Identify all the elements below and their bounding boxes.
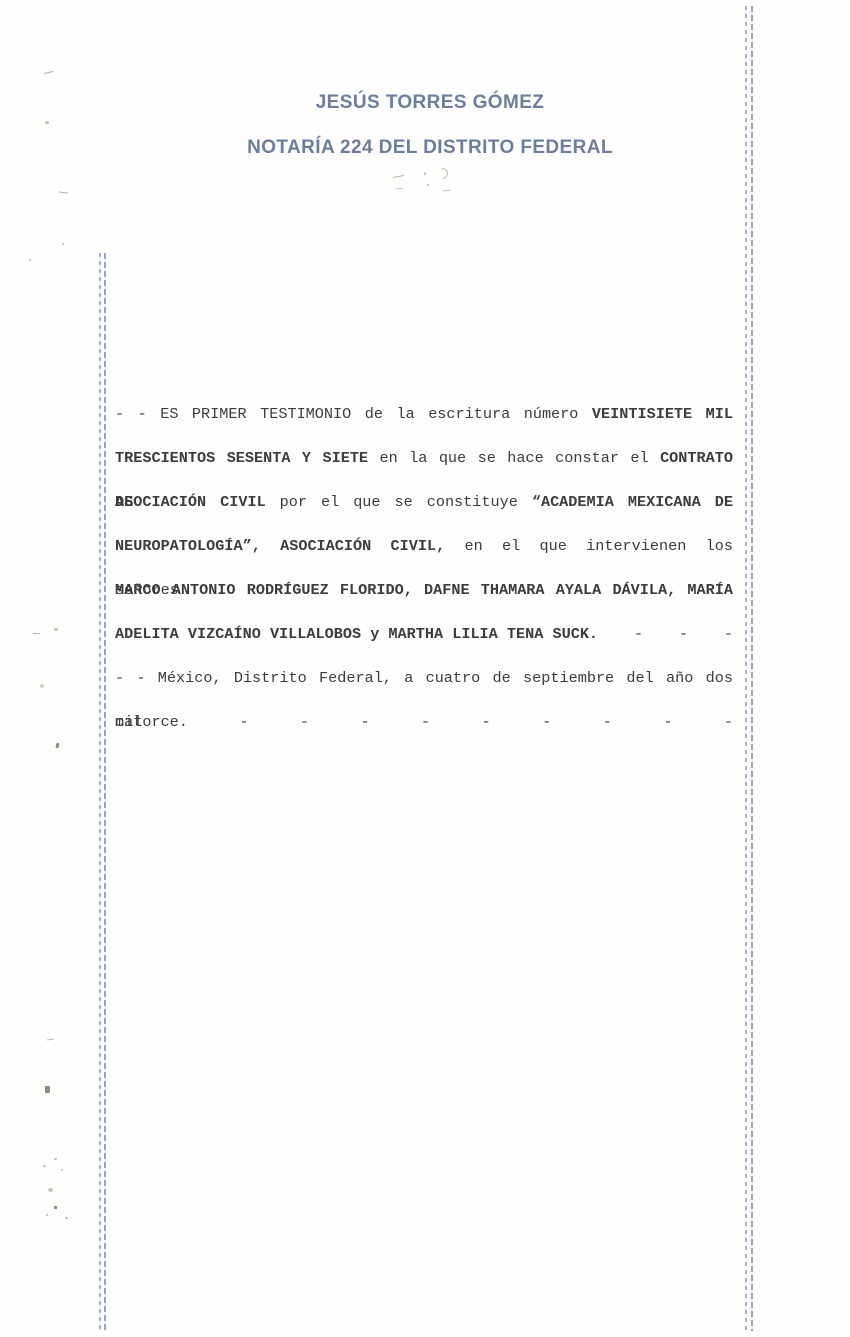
text-segment: catorce. - - - - - - - - -	[115, 713, 733, 731]
right-margin-rule-outer	[751, 6, 753, 1331]
dash-filler: -	[634, 612, 643, 656]
text-segment: ADELITA VIZCAÍNO VILLALOBOS y MARTHA LIL…	[115, 612, 598, 656]
pencil-smudge-mark	[396, 188, 403, 190]
text-segment: TRESCIENTOS SESENTA Y SIETE	[115, 449, 368, 467]
dash-filler: -	[724, 612, 733, 656]
pencil-smudge-mark	[427, 184, 429, 186]
scan-speck	[47, 1039, 54, 1041]
text-segment: MARCO ANTONIO RODRÍGUEZ FLORIDO, DAFNE T…	[115, 581, 733, 599]
body-line-3: ASOCIACIÓN CIVIL por el que se constituy…	[115, 480, 733, 524]
body-line-1: - - ES PRIMER TESTIMONIO de la escritura…	[115, 392, 733, 436]
scan-speck	[44, 71, 53, 74]
scan-speck	[61, 1169, 63, 1171]
document-body: - - ES PRIMER TESTIMONIO de la escritura…	[115, 392, 733, 744]
scan-speck	[54, 628, 58, 631]
left-margin-rule-inner	[104, 253, 106, 1331]
text-segment: en la que se hace constar el	[379, 449, 648, 467]
notary-office-heading: NOTARÍA 224 DEL DISTRITO FEDERAL	[20, 137, 840, 159]
text-segment: NEUROPATOLOGÍA”, ASOCIACIÓN CIVIL,	[115, 537, 445, 555]
body-line-6: ADELITA VIZCAÍNO VILLALOBOS y MARTHA LIL…	[115, 612, 733, 656]
scan-speck	[65, 1217, 68, 1219]
pencil-smudge-mark	[424, 172, 426, 175]
scan-speck	[33, 633, 40, 634]
pencil-smudge-mark	[435, 166, 450, 181]
scan-speck	[54, 1158, 57, 1160]
body-line-8: catorce. - - - - - - - - -	[115, 700, 733, 744]
scan-speck	[45, 1086, 50, 1093]
body-line-4: NEUROPATOLOGÍA”, ASOCIACIÓN CIVIL, en el…	[115, 524, 733, 568]
text-segment: por el que se constituye	[280, 493, 518, 511]
scan-speck	[62, 243, 64, 245]
scan-speck	[55, 743, 59, 749]
scan-speck	[40, 684, 44, 688]
scan-speck	[43, 1165, 46, 1167]
dash-filler: -	[679, 612, 688, 656]
scan-speck	[45, 121, 49, 124]
scanned-document-page: JESÚS TORRES GÓMEZ NOTARÍA 224 DEL DISTR…	[0, 0, 850, 1337]
left-margin-rule-outer	[99, 253, 101, 1331]
pencil-smudge-mark	[393, 175, 404, 178]
body-line-5: MARCO ANTONIO RODRÍGUEZ FLORIDO, DAFNE T…	[115, 568, 733, 612]
body-line-2: TRESCIENTOS SESENTA Y SIETE en la que se…	[115, 436, 733, 480]
text-segment: VEINTISIETE MIL	[592, 405, 733, 423]
pencil-smudge-mark	[443, 190, 451, 192]
scan-speck	[29, 259, 31, 261]
right-margin-rule-inner	[745, 6, 747, 1331]
scan-speck	[48, 1188, 53, 1192]
scan-speck	[59, 191, 68, 193]
body-line-7: - - México, Distrito Federal, a cuatro d…	[115, 656, 733, 700]
notary-name-heading: JESÚS TORRES GÓMEZ	[20, 92, 840, 114]
scan-speck	[54, 1206, 57, 1209]
text-segment: - - ES PRIMER TESTIMONIO de la escritura…	[115, 405, 578, 423]
scan-speck	[46, 1214, 48, 1216]
text-segment: ASOCIACIÓN CIVIL	[115, 493, 266, 511]
text-segment: “ACADEMIA MEXICANA DE	[532, 493, 733, 511]
